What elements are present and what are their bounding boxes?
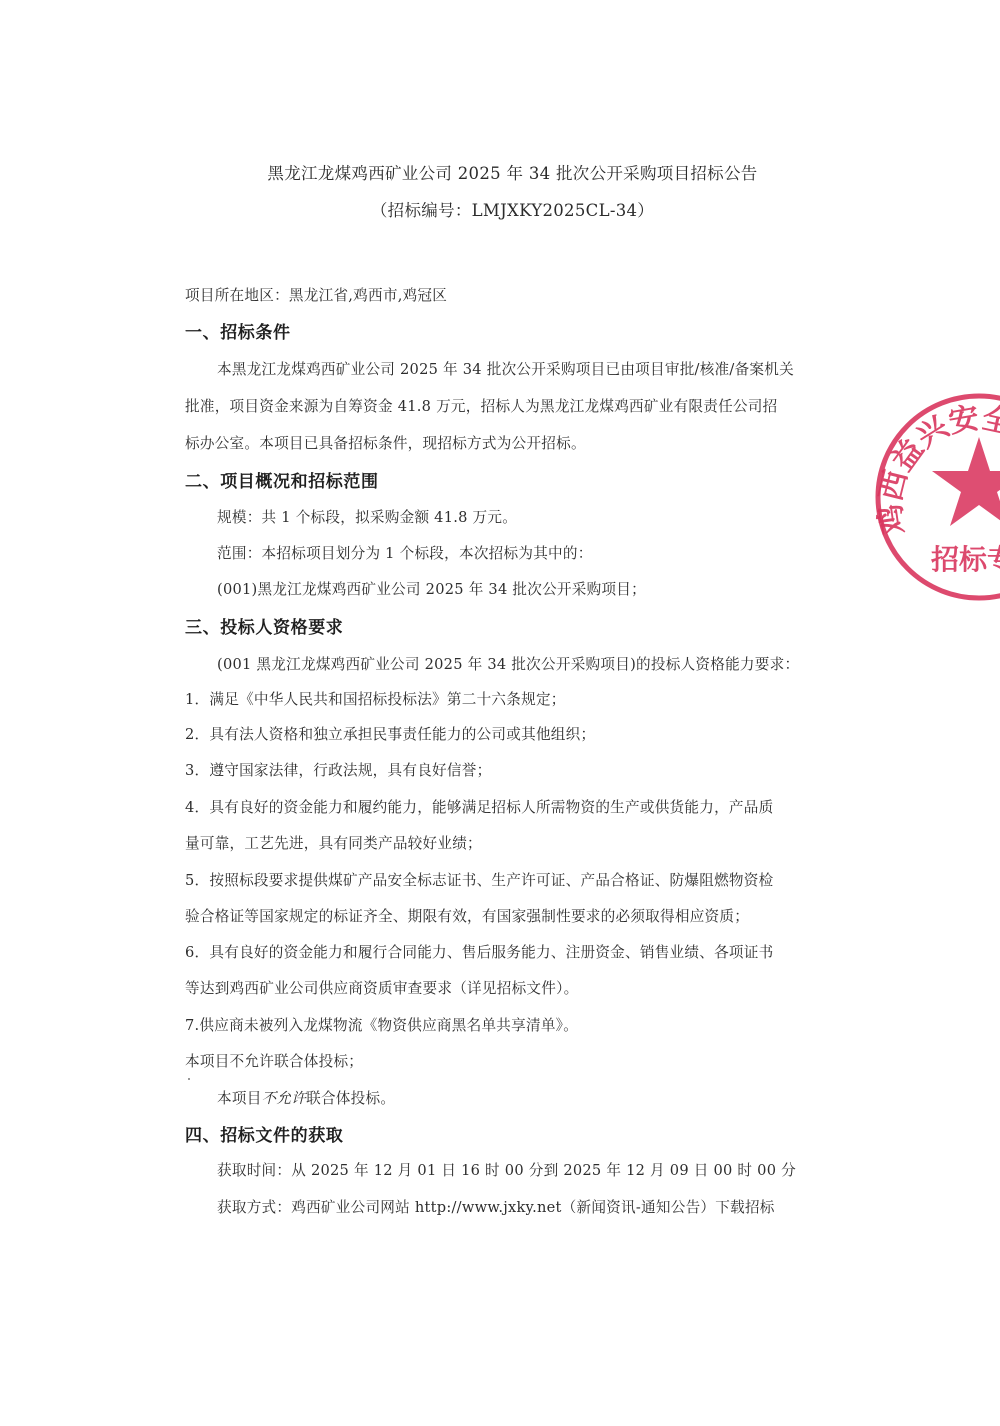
section-1-line-3: 标办公室。本项目已具备招标条件，现招标方式为公开招标。: [185, 432, 586, 453]
document-page: 黑龙江龙煤鸡西矿业公司 2025 年 34 批次公开采购项目招标公告 （招标编号…: [0, 0, 1000, 1426]
requirement-4-line-1: 4．具有良好的资金能力和履约能力，能够满足招标人所需物资的生产或供货能力，产品质: [185, 796, 773, 817]
qualification-intro: (001 黑龙江龙煤鸡西矿业公司 2025 年 34 批次公开采购项目)的投标人…: [217, 653, 799, 674]
section-heading-4: 四、招标文件的获取: [185, 1121, 343, 1146]
scale-line: 规模：共 1 个标段，拟采购金额 41.8 万元。: [217, 506, 517, 527]
scan-speck: [188, 1078, 190, 1080]
acquisition-time: 获取时间：从 2025 年 12 月 01 日 16 时 00 分到 2025 …: [217, 1159, 796, 1180]
requirement-6-line-1: 6．具有良好的资金能力和履行合同能力、售后服务能力、注册资金、销售业绩、各项证书: [185, 941, 773, 962]
consortium-note-1: 本项目不允许联合体投标；: [185, 1050, 363, 1071]
requirement-7: 7.供应商未被列入龙煤物流《物资供应商黑名单共享清单》。: [185, 1014, 578, 1035]
scope-line: 范围：本招标项目划分为 1 个标段，本次招标为其中的：: [217, 542, 593, 563]
document-title: 黑龙江龙煤鸡西矿业公司 2025 年 34 批次公开采购项目招标公告: [0, 160, 1000, 184]
section-1-line-1: 本黑龙江龙煤鸡西矿业公司 2025 年 34 批次公开采购项目已由项目审批/核准…: [217, 358, 794, 379]
consortium-italic: 不允许: [262, 1090, 307, 1107]
requirement-5-line-2: 验合格证等国家规定的标证齐全、期限有效，有国家强制性要求的必须取得相应资质；: [185, 905, 749, 926]
section-1-line-2: 批准，项目资金来源为自筹资金 41.8 万元，招标人为黑龙江龙煤鸡西矿业有限责任…: [185, 395, 778, 416]
requirement-5-line-1: 5．按照标段要求提供煤矿产品安全标志证书、生产许可证、产品合格证、防爆阻燃物资检: [185, 869, 773, 890]
lot-line: (001)黑龙江龙煤鸡西矿业公司 2025 年 34 批次公开采购项目；: [217, 578, 646, 599]
project-location: 项目所在地区：黑龙江省,鸡西市,鸡冠区: [185, 284, 447, 305]
official-seal-stamp: 鸡西益兴安全检测 招标专用: [873, 391, 1000, 603]
consortium-suffix: 联合体投标。: [306, 1090, 395, 1107]
svg-text:招标专用: 招标专用: [931, 543, 1000, 576]
requirement-2: 2．具有法人资格和独立承担民事责任能力的公司或其他组织；: [185, 723, 595, 744]
requirement-1: 1．满足《中华人民共和国招标投标法》第二十六条规定；: [185, 688, 566, 709]
consortium-note-2: 本项目不允许联合体投标。: [217, 1087, 395, 1108]
consortium-prefix: 本项目: [217, 1090, 262, 1107]
requirement-4-line-2: 量可靠，工艺先进，具有同类产品较好业绩；: [185, 832, 482, 853]
acquisition-method: 获取方式：鸡西矿业公司网站 http://www.jxky.net（新闻资讯-通…: [217, 1196, 775, 1217]
section-heading-1: 一、招标条件: [185, 318, 291, 343]
section-heading-3: 三、投标人资格要求: [185, 613, 343, 638]
star-icon: [932, 437, 1000, 526]
tender-number: （招标编号：LMJXKY2025CL-34）: [0, 197, 1000, 221]
requirement-6-line-2: 等达到鸡西矿业公司供应商资质审查要求（详见招标文件）。: [185, 977, 578, 998]
requirement-3: 3．遵守国家法律，行政法规，具有良好信誉；: [185, 759, 491, 780]
section-heading-2: 二、项目概况和招标范围: [185, 467, 379, 492]
